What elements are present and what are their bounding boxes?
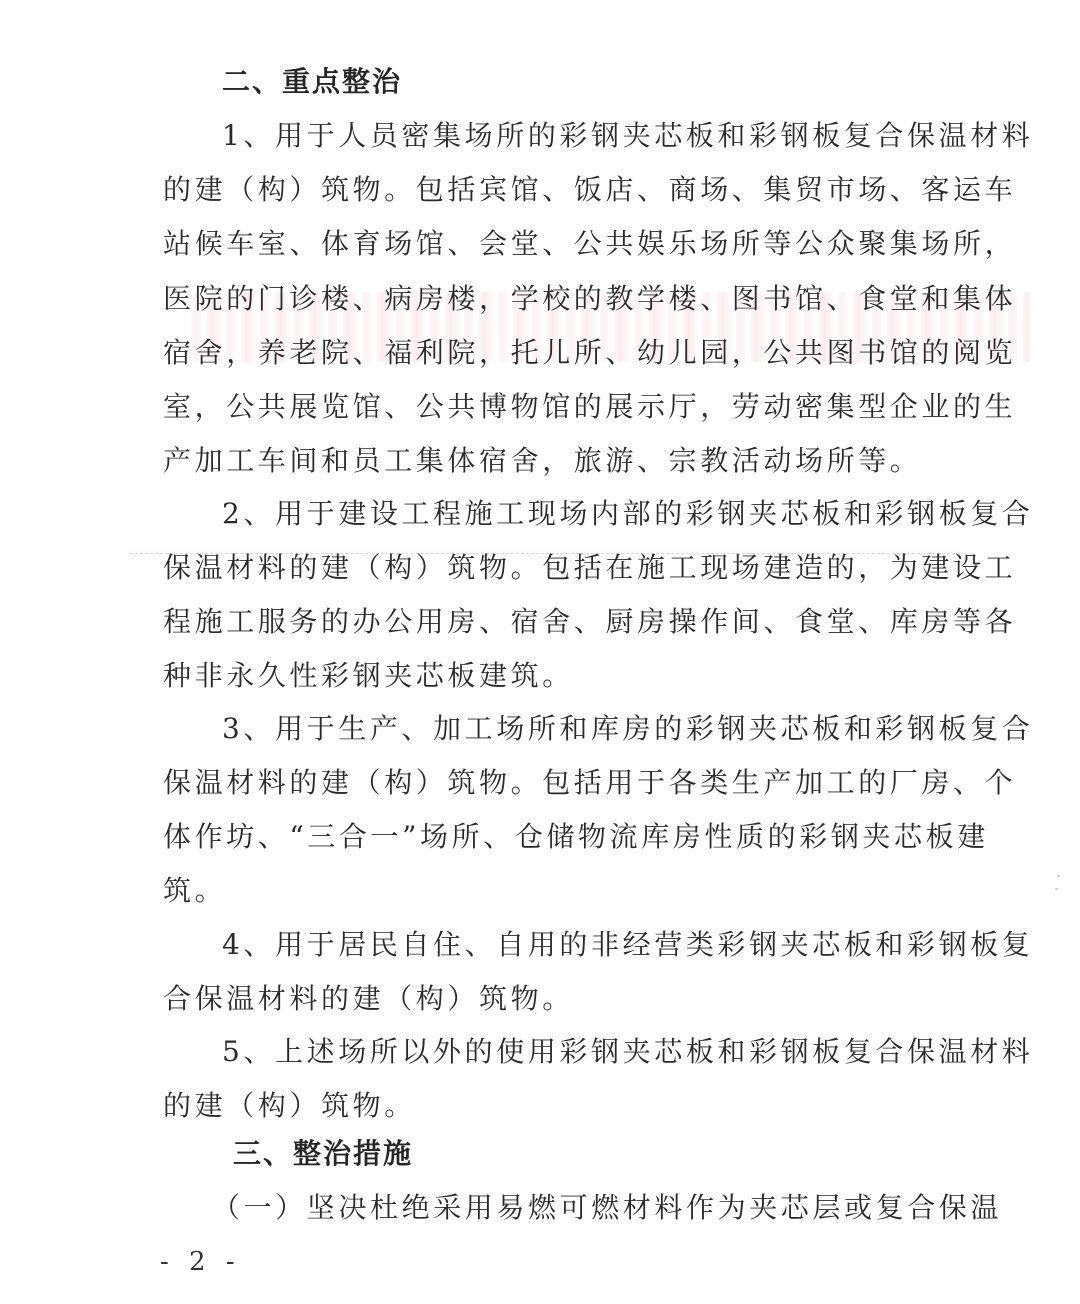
paragraph-line: 体作坊、“三合一”场所、仓储物流库房性质的彩钢夹芯板建 xyxy=(163,817,955,857)
paragraph-line: 的建（构）筑物。 xyxy=(163,1086,955,1126)
document-page: 二、重点整治 1、用于人员密集场所的彩钢夹芯板和彩钢板复合保温材料 的建（构）筑… xyxy=(0,0,1080,1304)
page-number: - 2 - xyxy=(160,1247,241,1277)
scan-speck xyxy=(1057,875,1060,877)
scan-speck xyxy=(1055,888,1058,890)
paragraph-line: 宿舍，养老院、福利院，托儿所、幼儿园，公共图书馆的阅览 xyxy=(163,333,955,373)
paragraph-line: 3、用于生产、加工场所和库房的彩钢夹芯板和彩钢板复合 xyxy=(222,709,955,749)
section-heading-rectification-measures: 三、整治措施 xyxy=(233,1134,413,1174)
paragraph-line: 4、用于居民自住、自用的非经营类彩钢夹芯板和彩钢板复 xyxy=(222,925,955,965)
paragraph-line: 5、上述场所以外的使用彩钢夹芯板和彩钢板复合保温材料 xyxy=(222,1032,955,1072)
paragraph-line: 筑。 xyxy=(163,871,955,911)
paragraph-line: 保温材料的建（构）筑物。包括用于各类生产加工的厂房、个 xyxy=(163,763,955,803)
paragraph-line: 产加工车间和员工集体宿舍，旅游、宗教活动场所等。 xyxy=(163,441,955,481)
paragraph-line: 室，公共展览馆、公共博物馆的展示厅，劳动密集型企业的生 xyxy=(163,387,955,427)
paragraph-line: 站候车室、体育场馆、会堂、公共娱乐场所等公众聚集场所， xyxy=(163,224,955,264)
paragraph-line: 种非永久性彩钢夹芯板建筑。 xyxy=(163,656,955,696)
paragraph-line: 1、用于人员密集场所的彩钢夹芯板和彩钢板复合保温材料 xyxy=(222,116,955,156)
paragraph-line: 的建（构）筑物。包括宾馆、饭店、商场、集贸市场、客运车 xyxy=(163,170,955,210)
paragraph-line: 医院的门诊楼、病房楼，学校的教学楼、图书馆、食堂和集体 xyxy=(163,279,955,319)
paragraph-line: 2、用于建设工程施工现场内部的彩钢夹芯板和彩钢板复合 xyxy=(222,494,955,534)
paragraph-line: 保温材料的建（构）筑物。包括在施工现场建造的，为建设工 xyxy=(163,548,955,588)
paragraph-line: 程施工服务的办公用房、宿舍、厨房操作间、食堂、库房等各 xyxy=(163,602,955,642)
paragraph-line: 合保温材料的建（构）筑物。 xyxy=(163,979,955,1019)
paragraph-line: （一）坚决杜绝采用易燃可燃材料作为夹芯层或复合保温 xyxy=(212,1188,955,1228)
section-heading-key-rectification: 二、重点整治 xyxy=(222,62,402,102)
